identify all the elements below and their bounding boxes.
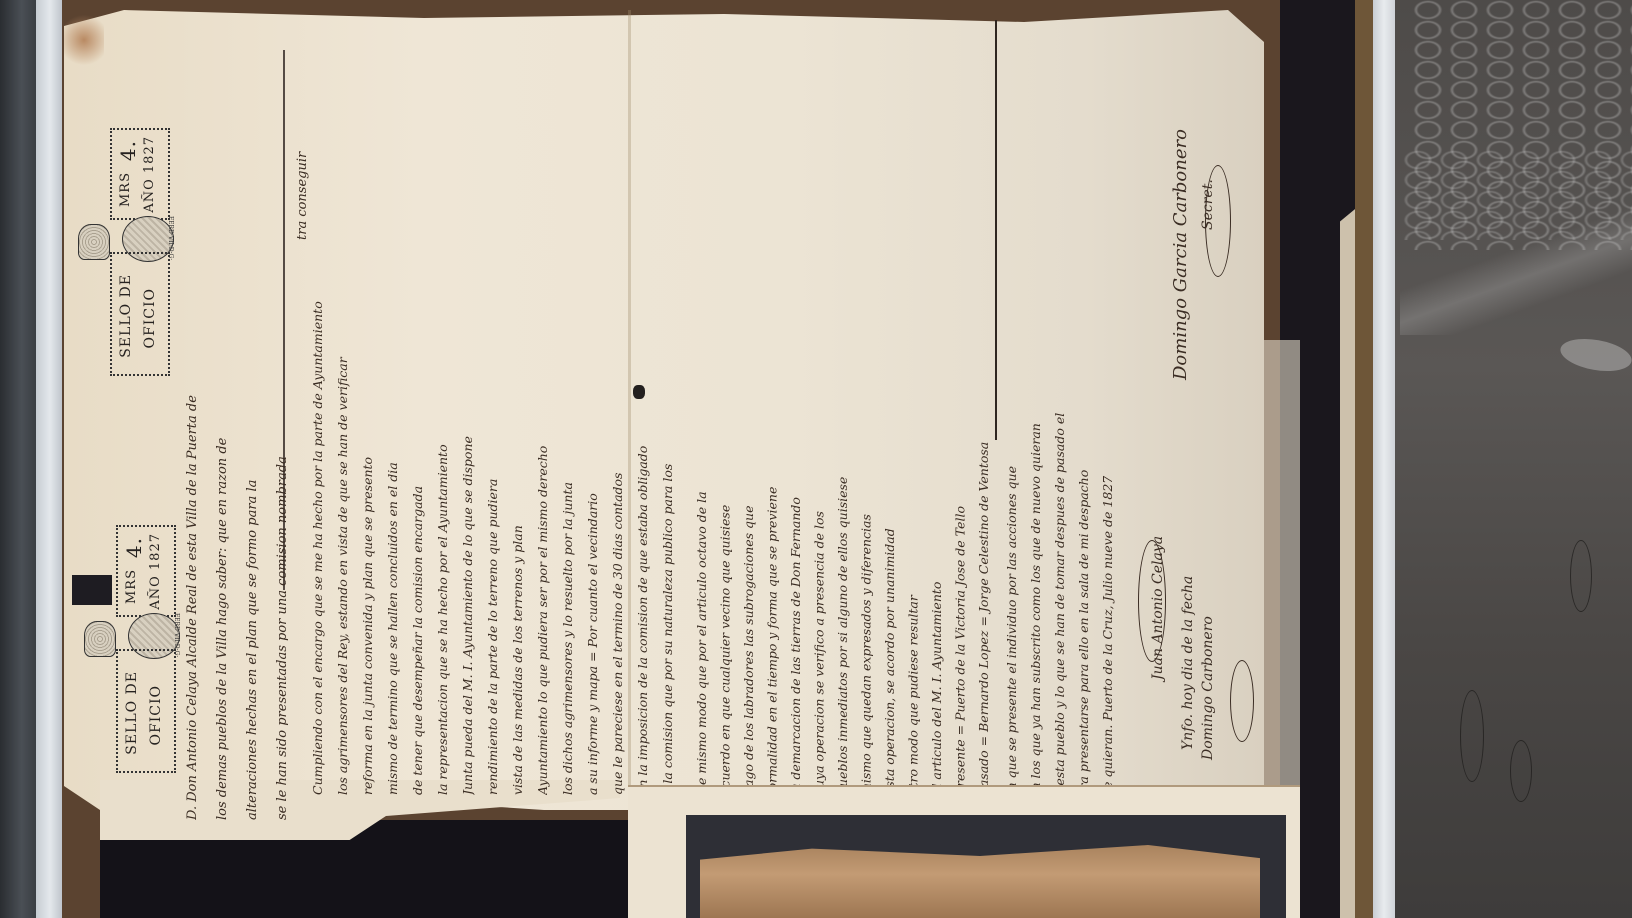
stamp-value-box: 4. MRS AÑO 1827 (116, 525, 176, 617)
signature-flourish-icon (1138, 540, 1166, 662)
stamp-label-line2: OFICIO (148, 685, 164, 745)
closing-text-block: con que se presente el individuo por las… (1000, 25, 1120, 805)
text-line: los dichos agrimensores y lo resuelto po… (555, 25, 580, 795)
text-line: De mismo modo que por el articulo octavo… (690, 25, 714, 795)
stamp-label-box: SELLO DE OFICIO (116, 649, 176, 773)
text-line: presente = Puerto de la Victoria Jose de… (949, 25, 973, 795)
text-line: pago de los labradores las subrogaciones… (737, 25, 761, 795)
text-line: pueblos inmediatos por si alguno de ello… (831, 25, 855, 795)
display-case-mat-left (36, 0, 64, 918)
signature-flourish-icon (1460, 690, 1484, 782)
paper-tear (72, 575, 112, 605)
text-line: cuya operacion se verifico a presencia d… (808, 25, 832, 795)
stamp-value-box: 4. MRS AÑO 1827 (110, 128, 170, 220)
photo-print-image (700, 845, 1260, 918)
text-line: alteraciones hechas en el plan que se fo… (238, 40, 268, 820)
text-line: formalidad en el tiempo y forma que se p… (761, 25, 785, 795)
signature-flourish-icon (1570, 540, 1592, 612)
stamp-year: AÑO 1827 (142, 136, 157, 213)
text-line: la representacion que se ha hecho por el… (430, 25, 455, 795)
text-line: vista de las medidas de los terrenos y p… (505, 25, 530, 795)
text-line: en la imposicion de la comision de que e… (630, 25, 655, 795)
text-line: mismo de termino que se hallen concluido… (380, 25, 405, 795)
signature-date-note: Ynfo. hoy dia de la fecha (1180, 560, 1196, 750)
text-line: Junta pueda del M. I. Ayuntamiento de lo… (455, 25, 480, 795)
signature-flourish-icon (1230, 660, 1254, 742)
official-stamp-1: 4. MRS AÑO 1827 FERD·VII·D·G·HISP·ET·IND… (104, 128, 174, 372)
stamp-label-line1: SELLO DE (118, 274, 134, 358)
text-line: esta operacion, se acordo por unanimidad (878, 25, 902, 795)
text-line: a la comision que por su naturaleza publ… (655, 25, 680, 795)
text-line: que le pareciese en el termino de 30 dia… (605, 25, 630, 795)
text-line: los agrimensores del Rey, estando en vis… (330, 25, 355, 795)
display-case-frame-left (0, 0, 36, 918)
text-line: los demas pueblos de la Villa hago saber… (208, 40, 238, 820)
opening-text-block: D. Don Antonio Celaya Alcalde Real de es… (178, 40, 288, 820)
text-line: acuerdo en que cualquier vecino que quis… (714, 25, 738, 795)
text-line: la demarcacion de las tierras de Don Fer… (784, 25, 808, 795)
signature-notary: Domingo Garcia Carbonero (1170, 150, 1191, 380)
text-line: que quieran. Puerto de la Cruz, Julio nu… (1096, 25, 1120, 805)
wooden-border-right (1355, 0, 1373, 918)
glass-glare (1400, 205, 1632, 335)
crown-icon (78, 224, 110, 260)
text-line: al articulo del M. I. Ayuntamiento (925, 25, 949, 795)
stamp-value: 4. (122, 537, 146, 558)
text-line: Ayuntamiento lo que pudiera ser por el m… (530, 25, 555, 795)
paper-stain (64, 10, 104, 70)
text-line: con que se presente el individuo por las… (1000, 25, 1024, 805)
body-text-block: Cumpliendo con el encargo que se me ha h… (305, 25, 685, 795)
text-line: con los que ya han subscrito como los qu… (1024, 25, 1048, 805)
text-line: otro modo que pudiese resultar (902, 25, 926, 795)
stamp-label-box: SELLO DE OFICIO (110, 252, 170, 376)
display-case-mat-right (1373, 0, 1395, 918)
stamp-value: 4. (116, 140, 140, 161)
text-line: Pasado = Bernardo Lopez = Jorge Celestin… (972, 25, 995, 795)
text-line: D. Don Antonio Celaya Alcalde Real de es… (178, 40, 208, 820)
stamp-label-line2: OFICIO (142, 288, 158, 348)
signature-flourish-icon (1510, 740, 1532, 802)
text-line: de esta pueblo y lo que se han de tomar … (1048, 25, 1072, 805)
text-line: mismo que quedan expresados y diferencia… (855, 25, 879, 795)
crown-icon (84, 621, 116, 657)
stamp-label-line1: SELLO DE (124, 671, 140, 755)
text-line: a su informe y mapa = Por cuanto el veci… (580, 25, 605, 795)
text-line: para presentarse para ello en la sala de… (1072, 25, 1096, 805)
text-line: se le han sido presentadas por una comis… (268, 40, 288, 820)
signature-flourish-icon (1205, 165, 1231, 277)
margin-rule-line (995, 20, 997, 440)
text-line: de tener que desempeñar la comision enca… (405, 25, 430, 795)
text-line: reforma en la junta convenida y plan que… (355, 25, 380, 795)
signature-secretary-short: Domingo Carbonero (1200, 640, 1216, 760)
second-text-block: De mismo modo que por el articulo octavo… (690, 25, 995, 795)
stamp-unit: MRS (124, 569, 139, 604)
text-line: Cumpliendo con el encargo que se me ha h… (305, 25, 330, 795)
text-line: rendimiento de la parte de lo terreno qu… (480, 25, 505, 795)
stamp-year: AÑO 1827 (148, 533, 163, 610)
official-stamp-2: 4. MRS AÑO 1827 FERD·VII·D·G·HISP·ET·IND… (110, 525, 180, 769)
stamp-unit: MRS (118, 172, 133, 207)
